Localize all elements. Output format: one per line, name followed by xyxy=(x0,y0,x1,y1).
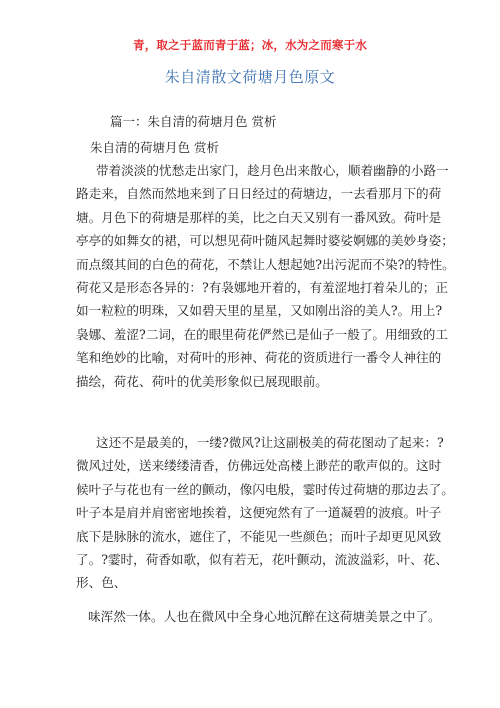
paragraph-line: 带着淡淡的忧愁走出家门，趁月色出来散心，顺着幽静的小路一 xyxy=(76,159,428,182)
paragraph-line: 形、色、 xyxy=(76,571,428,594)
document-title: 朱自清散文荷塘月色原文 xyxy=(0,66,500,87)
paragraph-line: 而点缀其间的白色的荷花，不禁让人想起她?出污泥而不染?的特性。 xyxy=(76,253,428,276)
paragraph-1: 带着淡淡的忧愁走出家门，趁月色出来散心，顺着幽静的小路一 路走来，自然而然地来到… xyxy=(76,159,428,393)
paragraph-2: 这还不是最美的，一缕?微风?让这副极美的荷花图动了起来：? 微风过处，送来缕缕清… xyxy=(76,431,428,595)
paragraph-line: 如一粒粒的明珠，又如碧天里的星星，又如刚出浴的美人?。用上? xyxy=(76,299,428,322)
paragraph-line: 微风过处，送来缕缕清香，仿佛远处高楼上渺茫的歌声似的。这时 xyxy=(76,454,428,477)
paragraph-line: 笔和绝妙的比喻，对荷叶的形神、荷花的资质进行一番令人神往的 xyxy=(76,346,428,369)
subheading: 朱自清的荷塘月色 赏析 xyxy=(90,138,219,156)
paragraph-line: 描绘，荷花、荷叶的优美形象似已展现眼前。 xyxy=(76,370,428,393)
paragraph-line: 这还不是最美的，一缕?微风?让这副极美的荷花图动了起来：? xyxy=(76,431,428,454)
header-quote: 青，取之于蓝而青于蓝；冰，水为之而寒于水 xyxy=(0,37,500,53)
section-heading: 篇一：朱自清的荷塘月色 赏析 xyxy=(110,112,276,130)
document-page: 青，取之于蓝而青于蓝；冰，水为之而寒于水 朱自清散文荷塘月色原文 篇一：朱自清的… xyxy=(0,0,500,708)
paragraph-line: 味浑然一体。人也在微风中全身心地沉醉在这荷塘美景之中了。 xyxy=(76,605,428,628)
paragraph-line: 了。?霎时，荷香如歌，似有若无，花叶颤动，流波溢彩，叶、花、 xyxy=(76,548,428,571)
paragraph-line: 叶子本是肩并肩密密地挨着，这便宛然有了一道凝碧的波痕。叶子 xyxy=(76,501,428,524)
paragraph-3: 味浑然一体。人也在微风中全身心地沉醉在这荷塘美景之中了。 xyxy=(76,605,428,628)
paragraph-line: 路走来，自然而然地来到了日日经过的荷塘边，一去看那月下的荷 xyxy=(76,182,428,205)
paragraph-line: 塘。月色下的荷塘是那样的美，比之白天又别有一番风致。荷叶是 xyxy=(76,206,428,229)
paragraph-line: 袅娜、羞涩?二词，在的眼里荷花俨然已是仙子一般了。用细致的工 xyxy=(76,323,428,346)
paragraph-line: 底下是脉脉的流水，遮住了，不能见一些颜色；而叶子却更见风致 xyxy=(76,525,428,548)
paragraph-line: 荷花又是形态各异的：?有袅娜地开着的，有羞涩地打着朵儿的；正 xyxy=(76,276,428,299)
paragraph-line: 亭亭的如舞女的裙，可以想见荷叶随风起舞时婆娑婀娜的美妙身姿； xyxy=(76,229,428,252)
paragraph-line: 候叶子与花也有一丝的颤动，像闪电般，霎时传过荷塘的那边去了。 xyxy=(76,478,428,501)
